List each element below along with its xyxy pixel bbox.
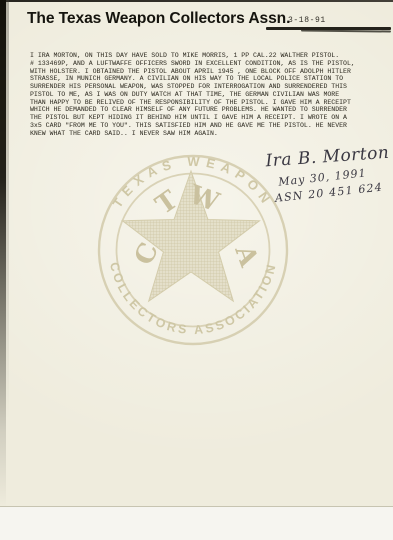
typed-body-text: I IRA MORTON, ON THIS DAY HAVE SOLD TO M… <box>30 52 355 137</box>
scan-edge-top <box>0 0 393 2</box>
letterhead-rule-stroke <box>301 29 391 32</box>
scan-edge-left-shadow <box>6 0 9 420</box>
paper-bottom-edge <box>0 506 393 540</box>
seal-monogram-letter-a: A <box>228 240 264 271</box>
letterhead-date: 3-18-91 <box>288 16 326 25</box>
signature-block: Ira B. Morton May 30, 1991 ASN 20 451 62… <box>265 145 391 201</box>
scanned-document-page: The Texas Weapon Collectors Assn. 3-18-9… <box>0 0 393 540</box>
letterhead-title: The Texas Weapon Collectors Assn. <box>27 10 290 28</box>
